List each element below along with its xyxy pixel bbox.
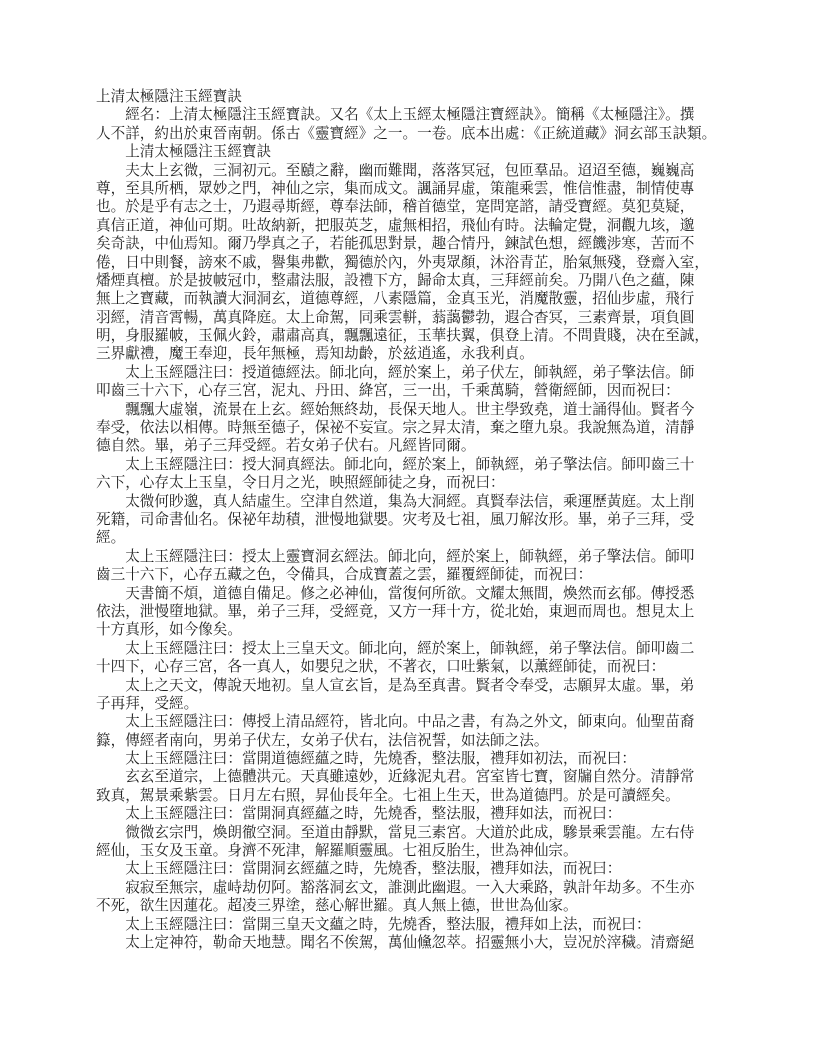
text-line: 矣奇訣，中仙焉知。爾乃學真之子，若能孤思對景，趣合情丹，鍊試色想，經饑涉寒，苦而… bbox=[96, 235, 724, 253]
text-line: 太上玉經隱注曰：授太上靈寶洞玄經法。師北向，經於案上，師執經，弟子擎法信。師叩 bbox=[96, 548, 724, 566]
text-line: 致真，駕景乘紫雲。日月左右照，昇仙長年全。七祖上生天，世為道德門。於是可讀經矣。 bbox=[96, 787, 724, 805]
text-line: 明，身服羅帔，玉佩火鈴，肅肅高真，飄飄遠征，玉華扶翼，俱登上清。不問貴賤，决在至… bbox=[96, 327, 724, 345]
text-line: 依法，泄慢墮地獄。畢，弟子三拜，受經竟，又方一拜十方，從北始，東迴而周也。想見太… bbox=[96, 603, 724, 621]
text-line: 太微何眇邈，真人結虛生。空津自然道，集為大洞經。真賢奉法信，乘運歷黃庭。太上削 bbox=[96, 493, 724, 511]
text-line: 十方真形，如今像矣。 bbox=[96, 621, 724, 639]
text-line: 也。於是乎有志之士，乃遐尋斯經，尊奉法師，稽首德堂，寔問寔諮，請受寶經。莫犯莫疑… bbox=[96, 198, 724, 216]
document-page: 上清太極隱注玉經寶訣 經名：上清太極隱注玉經寶訣。又名《太上玉經太極隱注寶經訣》… bbox=[0, 0, 816, 1056]
text-line: 六下，心存太上玉皇，令日月之光，映照經師徒之身，而祝曰： bbox=[96, 474, 724, 492]
text-line: 上清太極隱注玉經寶訣 bbox=[96, 143, 724, 161]
text-line: 太上玉經隱注曰：當開道德經蘊之時，先燒香，整法服，禮拜如初法，而祝曰： bbox=[96, 750, 724, 768]
text-line: 奉受，依法以相傳。時無至德子，保祕不妄宣。宗之昇太清，棄之墮九泉。我說無為道，清… bbox=[96, 419, 724, 437]
text-line: 羽經，清音霄暢，萬真降庭。太上命駕，同乘雲軿，蓊藹鬱勃，遐合杳冥，三素齊景，項負… bbox=[96, 309, 724, 327]
text-line: 尊，至具所栖，眾妙之門，神仙之宗，集而成文。諷誦昇虛，策龍乘雲，惟信惟盡，制情使… bbox=[96, 180, 724, 198]
text-line: 太上定神符，勒命天地慧。聞名不俟駕，萬仙儵忽萃。招靈無小大，豈况於滓穢。清齋絕 bbox=[96, 934, 724, 952]
text-line: 太上之天文，傳說天地初。皇人宣玄旨，是為至真書。賢者令奉受，志願昇太虛。畢，弟 bbox=[96, 677, 724, 695]
text-line: 真信正道，神仙可期。吐故納新，把服英芝，虛無相招，飛仙有時。法輪定覺，洞觀九垓，… bbox=[96, 217, 724, 235]
text-line: 太上玉經隱注曰：授道德經法。師北向，經於案上，弟子伏左，師執經，弟子擎法信。師 bbox=[96, 364, 724, 382]
text-line: 微微玄宗門，煥朗徹空洞。至道由靜默，當見三素宮。大道於此成，驂景乘雲龍。左右侍 bbox=[96, 824, 724, 842]
text-line: 經仙，玉女及玉童。身濟不死津，解羅順靈風。七祖反胎生，世為神仙宗。 bbox=[96, 842, 724, 860]
text-line: 夫太上玄微，三洞初元。至賾之辭，幽而難聞，落落冥冠，包匝羣品。迢迢至德，巍巍高 bbox=[96, 162, 724, 180]
text-line: 太上玉經隱注曰：授太上三皇天文。師北向，經於案上，師執經，弟子擎法信。師叩齒二 bbox=[96, 640, 724, 658]
text-line: 寂寂至無宗，虛峙劫仞阿。豁落洞玄文，誰測此幽遐。一入大乘路，孰計年劫多。不生亦 bbox=[96, 879, 724, 897]
text-line: 叩齒三十六下，心存三宮，泥丸、丹田、絳宮，三一出，千乘萬騎，營衛經師，因而祝曰： bbox=[96, 382, 724, 400]
text-line: 倦，日中則餐，謗來不戚，譽集弗歡，獨德於內，外夷眾顏，沐浴青芷，胎氣無殘，登齋入… bbox=[96, 254, 724, 272]
text-line: 德自然。畢，弟子三拜受經。若女弟子伏右。凡經皆同爾。 bbox=[96, 437, 724, 455]
text-line: 子再拜，受經。 bbox=[96, 695, 724, 713]
text-line: 經名：上清太極隱注玉經寶訣。又名《太上玉經太極隱注寶經訣》。簡稱《太極隱注》。撰 bbox=[96, 106, 724, 124]
text-line: 飄飄大虛嶺，流景在上玄。經始無終劫，長保天地人。世主學致堯，道士誦得仙。賢者今 bbox=[96, 401, 724, 419]
text-line: 籙，傳經者南向，男弟子伏左，女弟子伏右，法信祝誓，如法師之法。 bbox=[96, 732, 724, 750]
text-line: 太上玉經隱注曰：傳授上清品經符，皆北向。中品之書，有為之外文，師東向。仙聖苗裔 bbox=[96, 713, 724, 731]
text-line: 三界獻禮，魔王奉迎，長年無極，焉知劫齡，於兹逍遙，永我利貞。 bbox=[96, 345, 724, 363]
text-line: 死籍，司命書仙名。保祕年劫積，泄慢地獄嬰。灾考及七祖，風刀解汝形。畢，弟子三拜，… bbox=[96, 511, 724, 529]
text-line: 經。 bbox=[96, 529, 724, 547]
text-line: 十四下，心存三宮，各一真人，如嬰兒之狀，不著衣，口吐紫氣，以薰經師徒，而祝曰： bbox=[96, 658, 724, 676]
text-line: 人不詳，約出於東晉南朝。係古《靈寶經》之一。一卷。底本出處：《正統道藏》洞玄部玉… bbox=[96, 125, 724, 143]
text-line: 太上玉經隱注曰：當開洞玄經蘊之時，先燒香，整法服，禮拜如法，而祝曰： bbox=[96, 860, 724, 878]
text-line: 天書簡不煩，道德自備足。修之必神仙，當復何所欲。文耀太無間，煥然而玄郁。傳授悉 bbox=[96, 585, 724, 603]
text-line: 無上之寶藏，而執讀大洞洞玄，道德尊經，八素隱篇，金真玉光，消魔散靈，招仙步虛，飛… bbox=[96, 290, 724, 308]
document-body: 上清太極隱注玉經寶訣 經名：上清太極隱注玉經寶訣。又名《太上玉經太極隱注寶經訣》… bbox=[96, 88, 724, 952]
text-line: 不死，欲生因蓮花。超凌三界塗，慈心解世羅。真人無上德，世世為仙家。 bbox=[96, 897, 724, 915]
text-line: 上清太極隱注玉經寶訣 bbox=[96, 88, 724, 106]
text-line: 太上玉經隱注曰：當開洞真經蘊之時，先燒香，整法服，禮拜如法，而祝曰： bbox=[96, 805, 724, 823]
text-line: 齒三十六下，心存五藏之色，令備具，合成寶蓋之雲，羅覆經師徒，而祝曰： bbox=[96, 566, 724, 584]
text-line: 太上玉經隱注曰：當開三皇天文蘊之時，先燒香，整法服，禮拜如上法，而祝曰： bbox=[96, 916, 724, 934]
text-line: 燔煙真檀。於是披帔冠巾，整肅法服，設禮下方，歸命太真，三拜經前矣。乃開八色之蘊，… bbox=[96, 272, 724, 290]
text-line: 玄玄至道宗，上德體洪元。天真雖遠妙，近緣泥丸君。宮室皆七寶，窗牖自然分。清靜常 bbox=[96, 768, 724, 786]
text-line: 太上玉經隱注曰：授大洞真經法。師北向，經於案上，師執經，弟子擎法信。師叩齒三十 bbox=[96, 456, 724, 474]
